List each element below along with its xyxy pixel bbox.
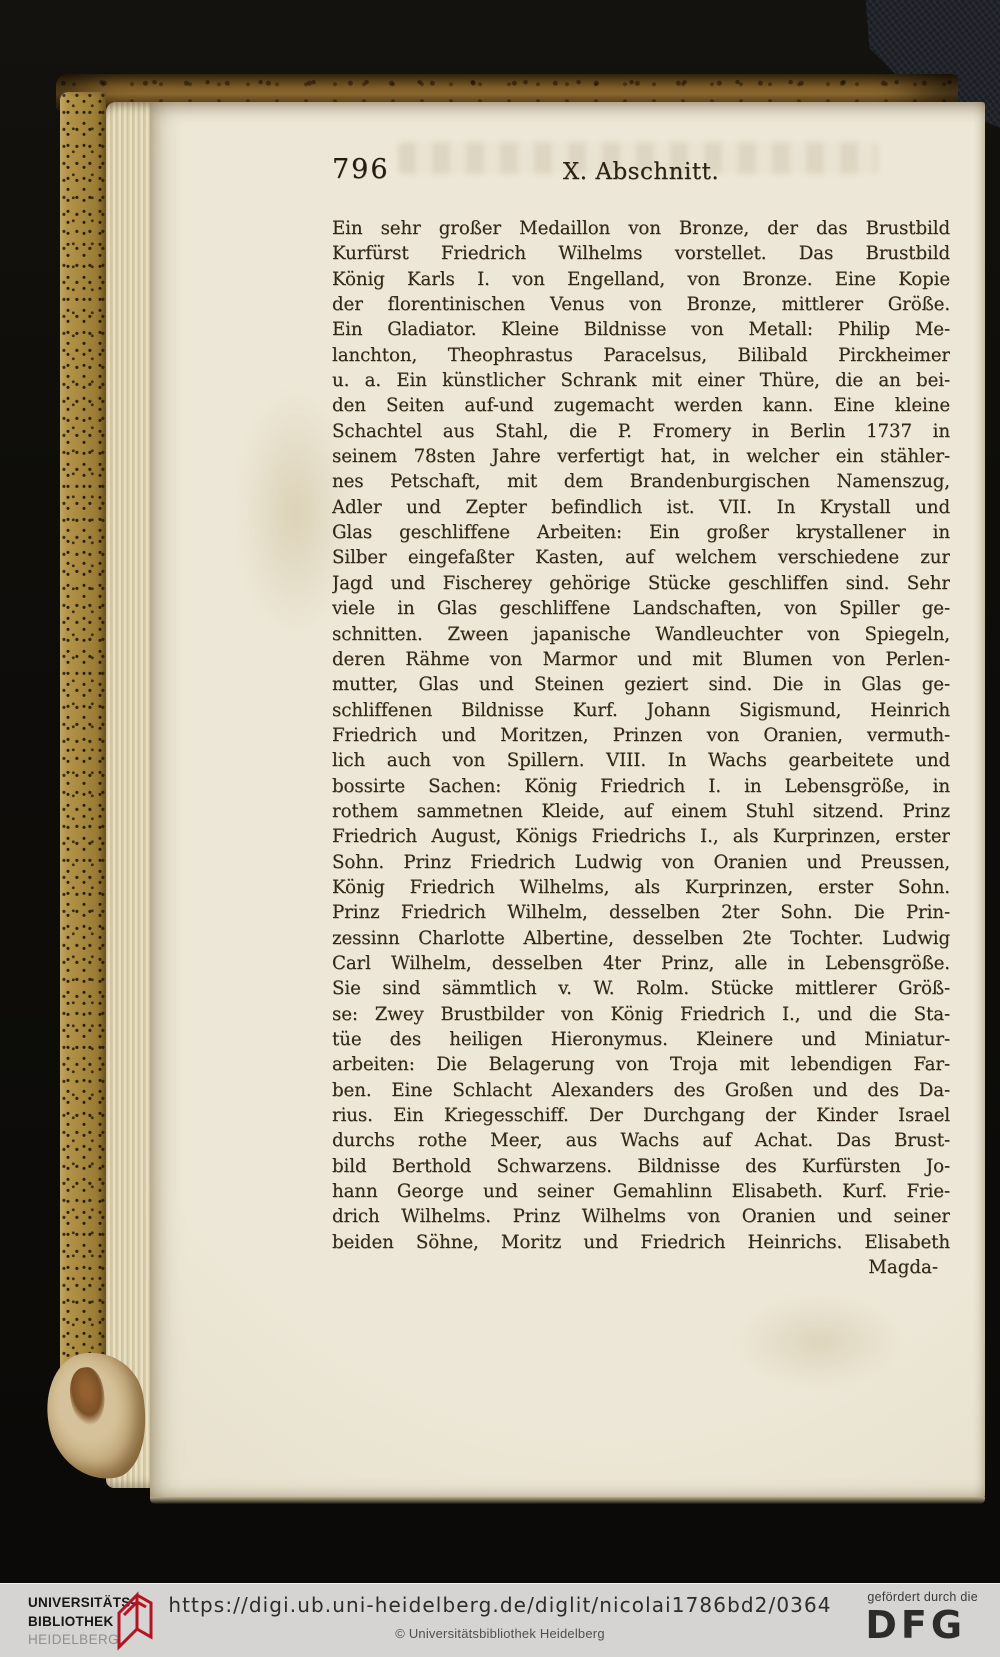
text-line: beiden Söhne, Moritz und Friedrich Heinr… [332,1230,950,1255]
text-line: den Seiten auf-und zugemacht werden kann… [332,393,950,418]
funding-note: gefördert durch die [867,1591,978,1604]
funder-block: gefördert durch die DFG [867,1591,978,1644]
text-line: viele in Glas geschliffene Landschaften,… [332,596,950,621]
text-line: König Friedrich Wilhelms, als Kurprinzen… [332,875,950,900]
text-line: schliffenen Bildnisse Kurf. Johann Sigis… [332,698,950,723]
copyright-notice: © Universitätsbibliothek Heidelberg [0,1626,1000,1641]
text-line: Sohn. Prinz Friedrich Ludwig von Oranien… [332,850,950,875]
text-line: tüe des heiligen Hieronymus. Kleinere un… [332,1027,950,1052]
text-line: se: Zwey Brustbilder von König Friedrich… [332,1002,950,1027]
paper-stain [710,1282,930,1402]
text-line: Silber eingefaßter Kasten, auf welchem v… [332,545,950,570]
text-line: Ein sehr großer Medaillon von Bronze, de… [332,216,950,241]
text-line: Schachtel aus Stahl, die P. Fromery in B… [332,419,950,444]
catchword: Magda- [332,1257,938,1278]
text-line: schnitten. Zween japanische Wandleuchter… [332,622,950,647]
text-line: rius. Ein Kriegesschiff. Der Durchgang d… [332,1103,950,1128]
dfg-logo: DFG [865,1606,978,1644]
text-line: mutter, Glas und Steinen geziert sind. D… [332,672,950,697]
text-line: Sie sind sämmtlich v. W. Rolm. Stücke mi… [332,976,950,1001]
book-fore-edge-speckled [60,92,106,1458]
text-line: deren Rähme von Marmor und mit Blumen vo… [332,647,950,672]
text-line: durchs rothe Meer, aus Wachs auf Achat. … [332,1128,950,1153]
book-page: 796 X. Abschnitt. Ein sehr großer Medail… [150,102,985,1499]
text-line: lanchton, Theophrastus Paracelsus, Bilib… [332,343,950,368]
text-line: nes Petschaft, mit dem Brandenburgischen… [332,469,950,494]
text-line: seinem 78sten Jahre verfertigt hat, in w… [332,444,950,469]
text-line: u. a. Ein künstlicher Schrank mit einer … [332,368,950,393]
text-line: bild Berthold Schwarzens. Bildnisse des … [332,1154,950,1179]
section-heading: X. Abschnitt. [332,159,950,185]
body-text: Ein sehr großer Medaillon von Bronze, de… [332,216,950,1255]
text-line: arbeiten: Die Belagerung von Troja mit l… [332,1052,950,1077]
text-line: Prinz Friedrich Wilhelm, desselben 2ter … [332,900,950,925]
text-line: Glas geschliffene Arbeiten: Ein großer k… [332,520,950,545]
text-line: drich Wilhelms. Prinz Wilhelms von Orani… [332,1204,950,1229]
text-line: Carl Wilhelm, desselben 4ter Prinz, alle… [332,951,950,976]
scan-viewport: 796 X. Abschnitt. Ein sehr großer Medail… [0,0,1000,1657]
text-line: rothem sammetnen Kleide, auf einem Stuhl… [332,799,950,824]
document-url[interactable]: https://digi.ub.uni-heidelberg.de/diglit… [0,1593,1000,1617]
text-line: Kurfürst Friedrich Wilhelms vorstellet. … [332,241,950,266]
footer-bar: UNIVERSITÄTS- BIBLIOTHEK HEIDELBERG http… [0,1583,1000,1657]
text-line: Adler und Zepter befindlich ist. VII. In… [332,495,950,520]
text-line: bossirte Sachen: König Friedrich I. in L… [332,774,950,799]
text-line: Friedrich und Moritzen, Prinzen von Oran… [332,723,950,748]
text-line: König Karls I. von Engelland, von Bronze… [332,267,950,292]
text-line: zessinn Charlotte Albertine, desselben 2… [332,926,950,951]
text-line: hann George und seiner Gemahlinn Elisabe… [332,1179,950,1204]
text-line: Jagd und Fischerey gehörige Stücke gesch… [332,571,950,596]
page-bottom-edge [150,1497,985,1504]
text-line: der florentinischen Venus von Bronze, mi… [332,292,950,317]
text-line: Friedrich August, Königs Friedrichs I., … [332,824,950,849]
text-line: lich auch von Spillern. VIII. In Wachs g… [332,748,950,773]
text-line: Ein Gladiator. Kleine Bildnisse von Meta… [332,317,950,342]
text-line: ben. Eine Schlacht Alexanders des Großen… [332,1078,950,1103]
